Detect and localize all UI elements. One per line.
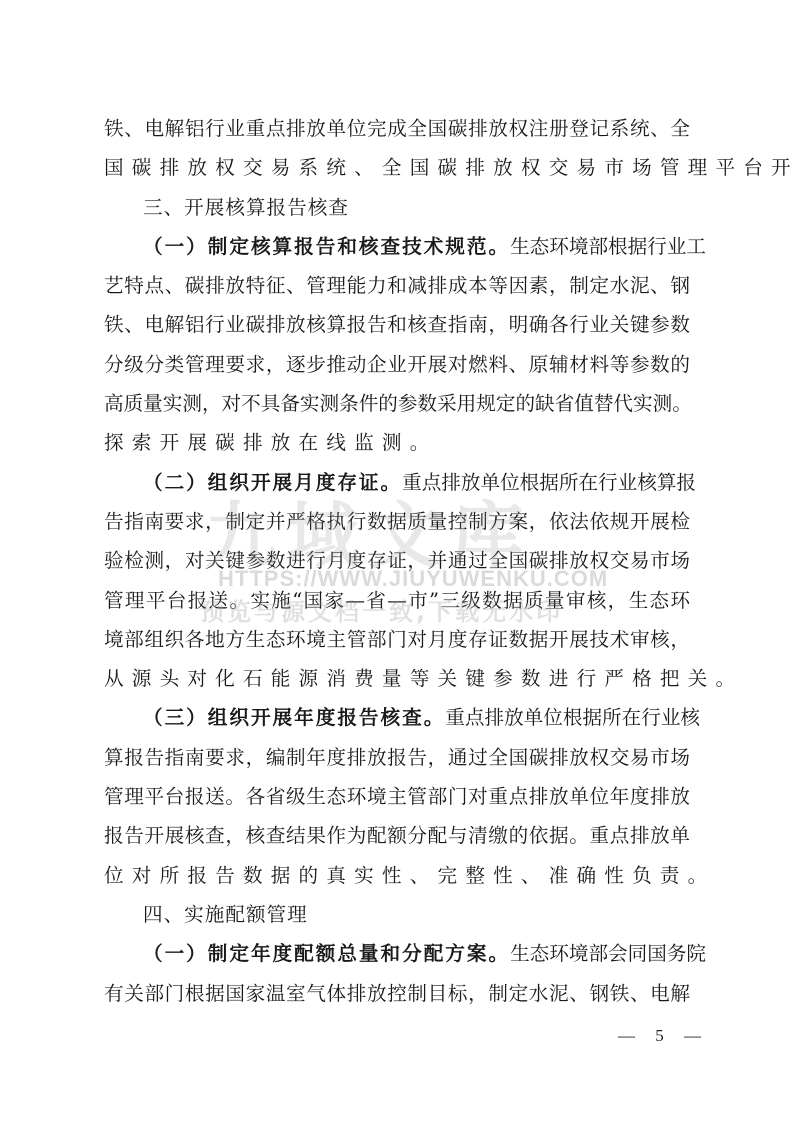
body-line: 报告开展核查，核查结果作为配额分配与清缴的依据。重点排放单 [104,816,690,855]
body-line: 探索开展碳排放在线监测。 [104,423,690,462]
section-heading-3: 三、开展核算报告核查 [104,188,690,227]
body-line: 国碳排放权交易系统、全国碳排放权交易市场管理平台开户。 [104,148,690,187]
paragraph-start: （二）组织开展月度存证。重点排放单位根据所在行业核算报 [104,463,690,502]
body-line: 铁、电解铝行业重点排放单位完成全国碳排放权注册登记系统、全 [104,109,690,148]
body-line: 有关部门根据国家温室气体排放控制目标，制定水泥、钢铁、电解 [104,974,690,1013]
paragraph-start: （一）制定年度配额总量和分配方案。生态环境部会同国务院 [104,934,690,973]
subsection-title: （三）组织开展年度报告核查。 [143,706,445,729]
subsection-title: （一）制定核算报告和核查技术规范。 [143,235,510,258]
body-line: 位对所报告数据的真实性、完整性、准确性负责。 [104,856,690,895]
body-line: 铁、电解铝行业碳排放核算报告和核查指南，明确各行业关键参数 [104,305,690,344]
body-line: 从源头对化石能源消费量等关键参数进行严格把关。 [104,659,690,698]
body-line: 告指南要求，制定并严格执行数据质量控制方案，依法依规开展检 [104,502,690,541]
body-line: 境部组织各地方生态环境主管部门对月度存证数据开展技术审核， [104,620,690,659]
section-heading-4: 四、实施配额管理 [104,895,690,934]
document-page-body: 铁、电解铝行业重点排放单位完成全国碳排放权注册登记系统、全 国碳排放权交易系统、… [104,109,690,1013]
body-line: 算报告指南要求，编制年度排放报告，通过全国碳排放权交易市场 [104,738,690,777]
subsection-title: （二）组织开展月度存证。 [143,471,402,494]
body-line: 艺特点、碳排放特征、管理能力和减排成本等因素，制定水泥、钢 [104,266,690,305]
page-number: — 5 — [618,1026,709,1046]
paragraph-start: （三）组织开展年度报告核查。重点排放单位根据所在行业核 [104,698,690,737]
subsection-title: （一）制定年度配额总量和分配方案。 [143,942,510,965]
body-line: 高质量实测，对不具备实测条件的参数采用规定的缺省值替代实测。 [104,384,690,423]
body-line: 管理平台报送。各省级生态环境主管部门对重点排放单位年度排放 [104,777,690,816]
body-line: 分级分类管理要求，逐步推动企业开展对燃料、原辅材料等参数的 [104,345,690,384]
body-line: 管理平台报送。实施“国家—省—市”三级数据质量审核，生态环 [104,581,690,620]
body-line: 验检测，对关键参数进行月度存证，并通过全国碳排放权交易市场 [104,541,690,580]
paragraph-start: （一）制定核算报告和核查技术规范。生态环境部根据行业工 [104,227,690,266]
